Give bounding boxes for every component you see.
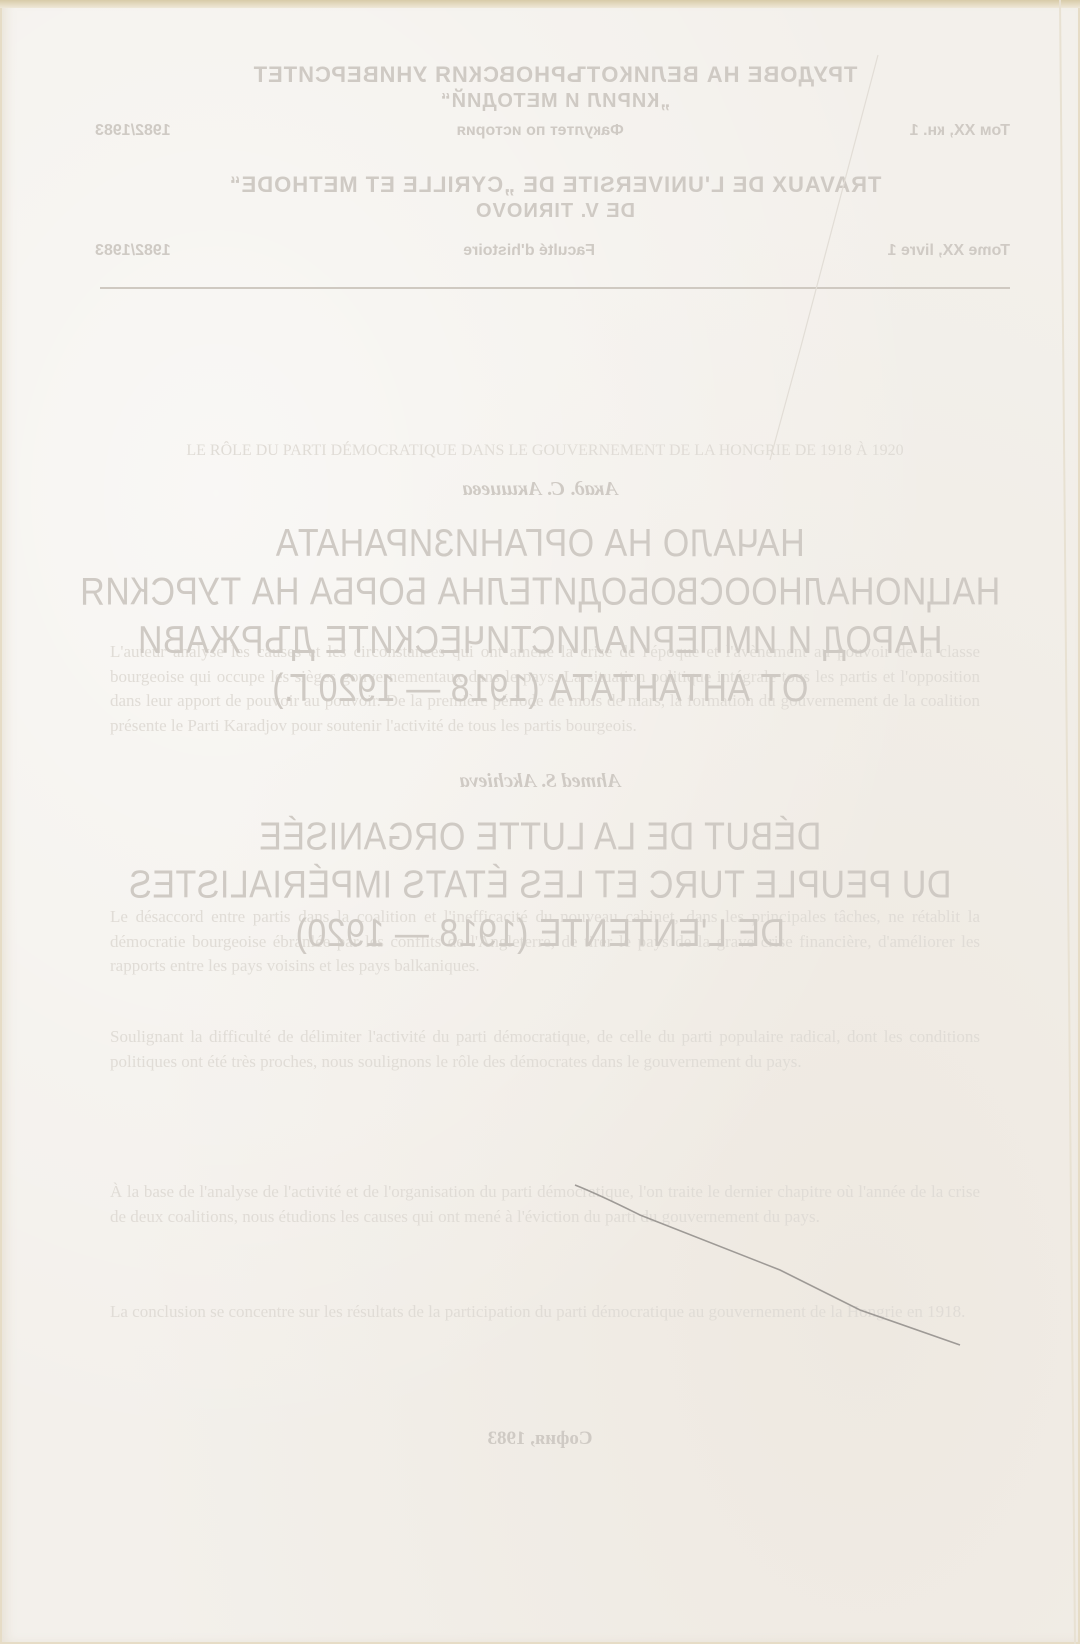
scanned-page: ТРУДОВЕ НА ВЕЛИКОТЪРНОВСКИЯ УНИВЕРСИТЕТ …: [0, 0, 1080, 1644]
paper-scratch-marks: [0, 0, 1080, 1644]
